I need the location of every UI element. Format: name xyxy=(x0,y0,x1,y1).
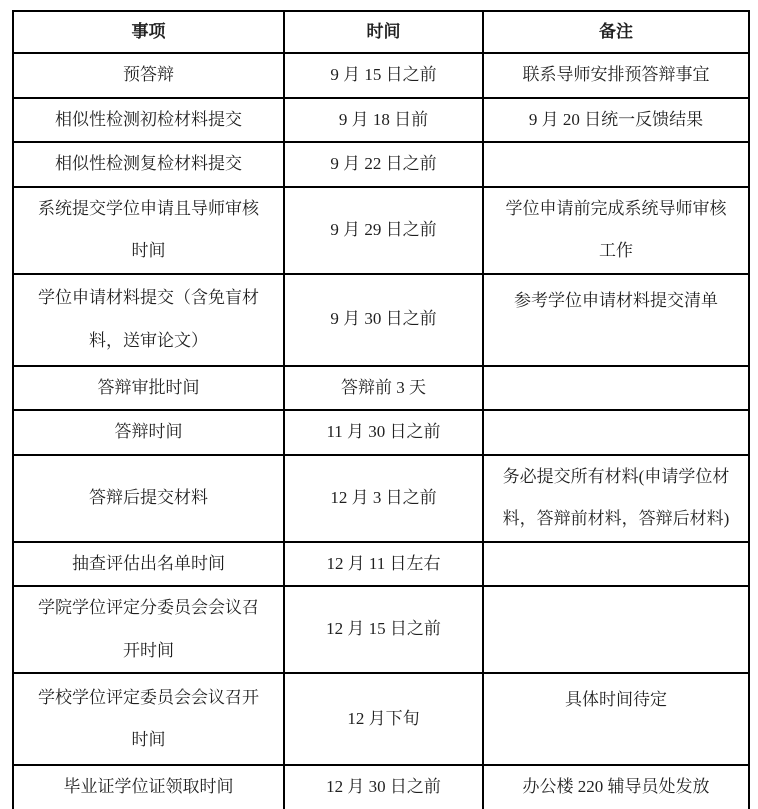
item-cell: 相似性检测复检材料提交 xyxy=(13,142,284,187)
table-row: 相似性检测初检材料提交 9 月 18 日前 9 月 20 日统一反馈结果 xyxy=(13,98,749,143)
item-cell: 学位申请材料提交（含免盲材 料，送审论文） xyxy=(13,274,284,366)
note-cell xyxy=(483,586,749,673)
note-cell: 学位申请前完成系统导师审核 工作 xyxy=(483,187,749,274)
note-cell xyxy=(483,542,749,587)
item-cell: 预答辩 xyxy=(13,53,284,98)
header-note: 备注 xyxy=(483,11,749,53)
table-row: 学位申请材料提交（含免盲材 料，送审论文） 9 月 30 日之前 参考学位申请材… xyxy=(13,274,749,366)
time-cell: 12 月 11 日左右 xyxy=(284,542,483,587)
note-cell: 办公楼 220 辅导员处发放 xyxy=(483,765,749,809)
item-cell: 毕业证学位证领取时间 xyxy=(13,765,284,809)
document-page: 事项 时间 备注 预答辩 9 月 15 日之前 联系导师安排预答辩事宜 相似性检… xyxy=(0,0,758,809)
table-row: 答辩时间 11 月 30 日之前 xyxy=(13,410,749,455)
note-cell: 具体时间待定 xyxy=(483,673,749,765)
item-cell: 学校学位评定委员会会议召开 时间 xyxy=(13,673,284,765)
time-cell: 9 月 22 日之前 xyxy=(284,142,483,187)
time-cell: 12 月 3 日之前 xyxy=(284,455,483,542)
table-row: 毕业证学位证领取时间 12 月 30 日之前 办公楼 220 辅导员处发放 xyxy=(13,765,749,809)
header-item: 事项 xyxy=(13,11,284,53)
table-row: 相似性检测复检材料提交 9 月 22 日之前 xyxy=(13,142,749,187)
time-cell: 9 月 30 日之前 xyxy=(284,274,483,366)
note-cell: 务必提交所有材料(申请学位材 料，答辩前材料，答辩后材料) xyxy=(483,455,749,542)
item-cell: 抽查评估出名单时间 xyxy=(13,542,284,587)
time-cell: 9 月 18 日前 xyxy=(284,98,483,143)
time-cell: 9 月 29 日之前 xyxy=(284,187,483,274)
time-cell: 11 月 30 日之前 xyxy=(284,410,483,455)
time-cell: 12 月下旬 xyxy=(284,673,483,765)
table-row: 抽查评估出名单时间 12 月 11 日左右 xyxy=(13,542,749,587)
header-row: 事项 时间 备注 xyxy=(13,11,749,53)
time-cell: 9 月 15 日之前 xyxy=(284,53,483,98)
note-cell xyxy=(483,142,749,187)
note-cell: 9 月 20 日统一反馈结果 xyxy=(483,98,749,143)
item-cell: 系统提交学位申请且导师审核 时间 xyxy=(13,187,284,274)
table-row: 学院学位评定分委员会会议召 开时间 12 月 15 日之前 xyxy=(13,586,749,673)
table-row: 学校学位评定委员会会议召开 时间 12 月下旬 具体时间待定 xyxy=(13,673,749,765)
table-row: 系统提交学位申请且导师审核 时间 9 月 29 日之前 学位申请前完成系统导师审… xyxy=(13,187,749,274)
item-cell: 答辩时间 xyxy=(13,410,284,455)
header-time: 时间 xyxy=(284,11,483,53)
item-cell: 答辩审批时间 xyxy=(13,366,284,411)
time-cell: 12 月 30 日之前 xyxy=(284,765,483,809)
item-cell: 学院学位评定分委员会会议召 开时间 xyxy=(13,586,284,673)
item-cell: 相似性检测初检材料提交 xyxy=(13,98,284,143)
note-cell xyxy=(483,410,749,455)
table-row: 答辩后提交材料 12 月 3 日之前 务必提交所有材料(申请学位材 料，答辩前材… xyxy=(13,455,749,542)
time-cell: 12 月 15 日之前 xyxy=(284,586,483,673)
item-cell: 答辩后提交材料 xyxy=(13,455,284,542)
table-row: 预答辩 9 月 15 日之前 联系导师安排预答辩事宜 xyxy=(13,53,749,98)
note-cell xyxy=(483,366,749,411)
note-cell: 参考学位申请材料提交清单 xyxy=(483,274,749,366)
note-cell: 联系导师安排预答辩事宜 xyxy=(483,53,749,98)
schedule-table: 事项 时间 备注 预答辩 9 月 15 日之前 联系导师安排预答辩事宜 相似性检… xyxy=(12,10,750,809)
table-row: 答辩审批时间 答辩前 3 天 xyxy=(13,366,749,411)
time-cell: 答辩前 3 天 xyxy=(284,366,483,411)
